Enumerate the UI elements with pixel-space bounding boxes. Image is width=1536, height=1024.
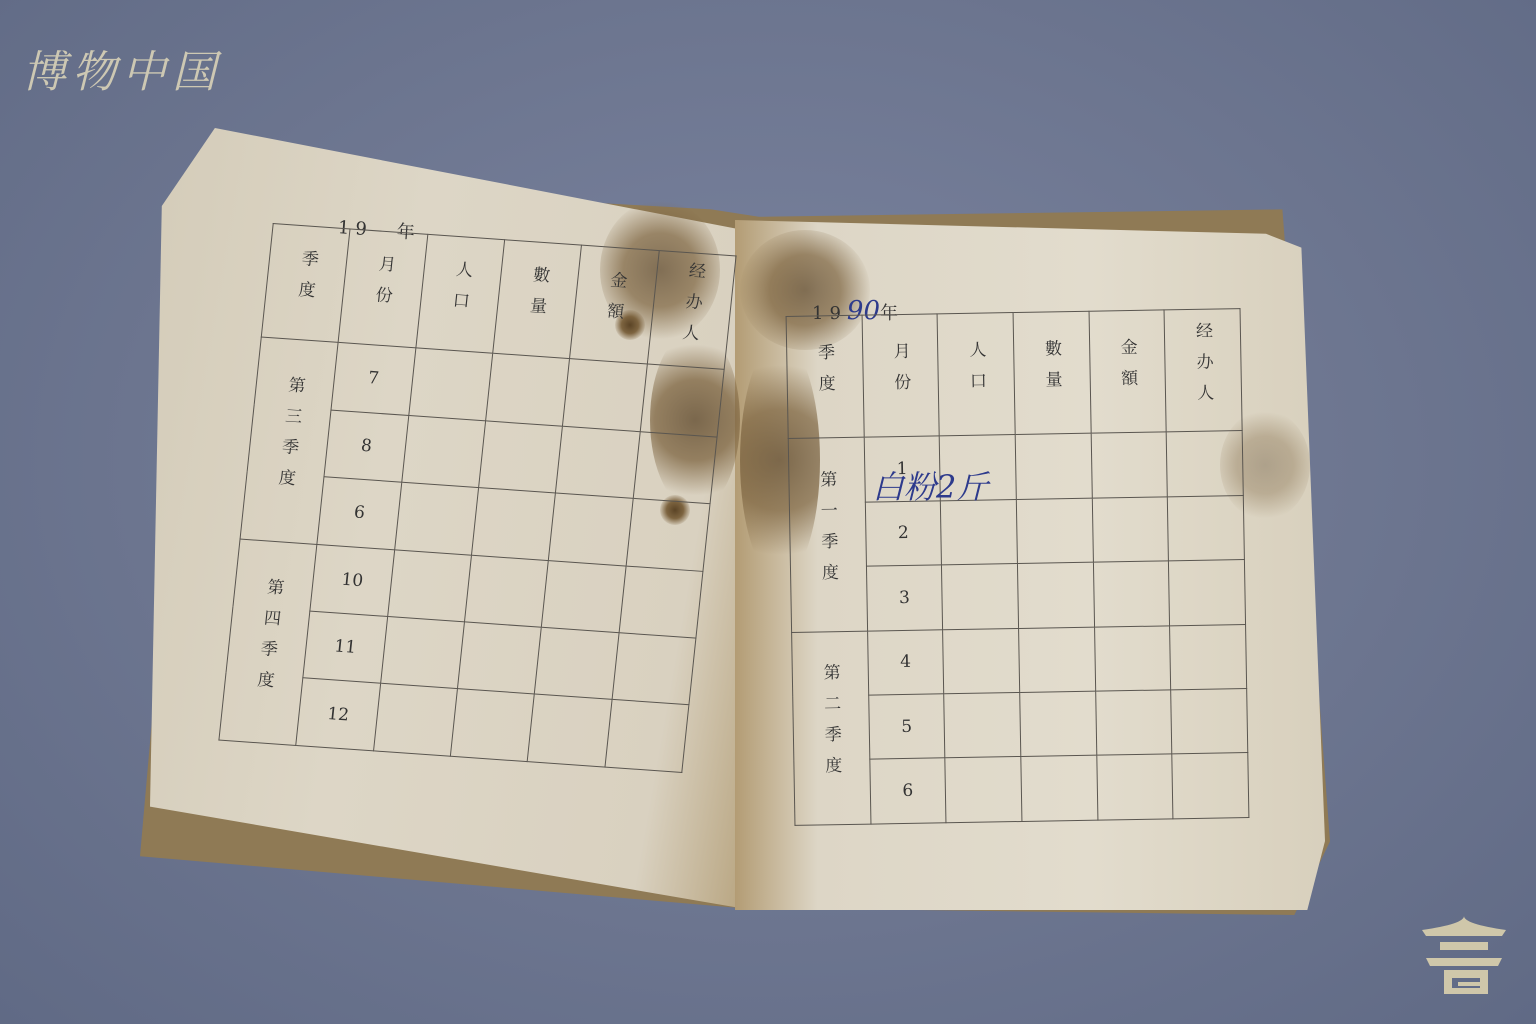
left-ledger-table: 季度 月份 人口 數量 金額 经办人 第三季度7 8 6 第四季度10 11 1…: [218, 223, 736, 773]
header-amount: 金額: [1089, 310, 1167, 433]
header-quarter: 季度: [261, 224, 350, 343]
month-cell: 6: [869, 758, 946, 824]
month-cell: 10: [310, 544, 394, 617]
month-cell: 11: [303, 611, 387, 684]
month-cell: 7: [331, 343, 415, 416]
month-cell: 3: [866, 565, 943, 631]
header-population: 人口: [937, 313, 1015, 436]
header-quantity: 數量: [493, 240, 582, 359]
header-population: 人口: [416, 234, 505, 353]
header-amount: 金額: [570, 245, 659, 364]
month-cell: 4: [867, 629, 944, 695]
quarter-label: 第一季度: [788, 437, 867, 632]
header-quantity: 數量: [1013, 311, 1091, 434]
header-handler: 经办人: [1164, 309, 1242, 432]
month-cell: 8: [324, 410, 408, 483]
month-cell: 12: [296, 678, 380, 751]
pavilion-logo-icon: [1414, 912, 1514, 1000]
header-month: 月份: [338, 229, 427, 348]
header-month: 月份: [862, 314, 940, 437]
month-cell: 5: [868, 694, 945, 760]
handwritten-entry: 白粉2斤: [872, 462, 988, 508]
watermark: 博物中国: [22, 36, 222, 100]
header-handler: 经办人: [647, 251, 736, 370]
month-cell: 6: [317, 477, 401, 550]
header-quarter: 季度: [786, 315, 864, 438]
quarter-label: 第二季度: [792, 631, 871, 826]
right-ledger-table: 季度 月份 人口 數量 金額 经办人 第一季度1 2 3 第二季度4 5 6: [786, 308, 1250, 826]
month-cell: 2: [865, 500, 942, 566]
